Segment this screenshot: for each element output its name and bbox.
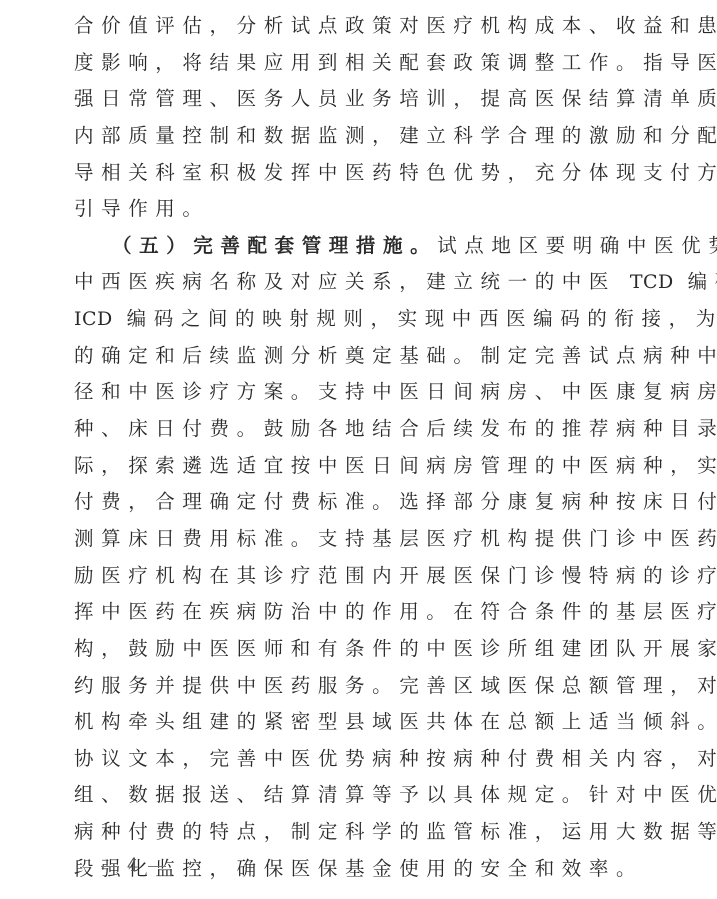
dash-left [101, 866, 119, 867]
paragraph-line: 挥中医药在疾病防治中的作用。在符合条件的基层医疗卫生机 [74, 594, 622, 631]
icd-code-term: ICD [74, 308, 113, 330]
paragraph-line: 导相关科室积极发挥中医药特色优势，充分体现支付方式改革的 [74, 155, 622, 192]
paragraph-line: 际，探索遴选适宜按中医日间病房管理的中医病种，实施按病种 [74, 448, 622, 485]
text-span: 编码和西医 [688, 270, 717, 293]
section-text: 试点地区要明确中医优势病种的 [437, 234, 717, 257]
paragraph-line: 励医疗机构在其诊疗范围内开展医保门诊慢特病的诊疗，充分发 [74, 558, 622, 595]
dash-right [148, 866, 166, 867]
tcd-code-term: TCD [630, 271, 674, 293]
paragraph-line: 的确定和后续监测分析奠定基础。制定完善试点病种中医临床路 [74, 338, 622, 375]
page-number-value: 4 [127, 855, 140, 876]
paragraph-line: 中西医疾病名称及对应关系，建立统一的中医 TCD 编码和西医 [74, 264, 622, 301]
paragraph-line: 强日常管理、医务人员业务培训，提高医保结算清单质量，强化 [74, 81, 622, 118]
text-span: 编码之间的映射规则，实现中西医编码的衔接，为支付标准 [127, 307, 717, 330]
paragraph-line: 付费，合理确定付费标准。选择部分康复病种按床日付费，合理 [74, 484, 622, 521]
text-span: 中西医疾病名称及对应关系，建立统一的中医 [74, 270, 616, 293]
paragraph-line: 组、数据报送、结算清算等予以具体规定。针对中医优势病种按 [74, 777, 622, 814]
paragraph-line: ICD 编码之间的映射规则，实现中西医编码的衔接，为支付标准 [74, 301, 622, 338]
paragraph-line: 约服务并提供中医药服务。完善区域医保总额管理，对中医医疗 [74, 668, 622, 705]
paragraph-line: 引导作用。 [74, 191, 622, 228]
paragraph-line: 度影响，将结果应用到相关配套政策调整工作。指导医疗机构加 [74, 45, 622, 82]
section-heading-line: （五）完善配套管理措施。试点地区要明确中医优势病种的 [74, 228, 622, 265]
section-heading: （五）完善配套管理措施。 [112, 234, 437, 257]
paragraph-line: 合价值评估，分析试点政策对医疗机构成本、收益和患者获益程 [74, 8, 622, 45]
document-page: 合价值评估，分析试点政策对医疗机构成本、收益和患者获益程 度影响，将结果应用到相… [74, 8, 634, 887]
page-number: 4 [93, 855, 174, 876]
paragraph-line: 构，鼓励中医医师和有条件的中医诊所组建团队开展家庭医生签 [74, 631, 622, 668]
paragraph-line: 径和中医诊疗方案。支持中医日间病房、中医康复病房等按病 [74, 374, 622, 411]
paragraph-line: 机构牵头组建的紧密型县域医共体在总额上适当倾斜。规范本地 [74, 704, 622, 741]
paragraph-line: 病种付费的特点，制定科学的监管标准，运用大数据等信息化手 [74, 814, 622, 851]
paragraph-line: 内部质量控制和数据监测，建立科学合理的激励和分配机制，引 [74, 118, 622, 155]
paragraph-line: 测算床日费用标准。支持基层医疗机构提供门诊中医药服务。鼓 [74, 521, 622, 558]
paragraph-line: 种、床日付费。鼓励各地结合后续发布的推荐病种目录和本地实 [74, 411, 622, 448]
paragraph-line: 协议文本，完善中医优势病种按病种付费相关内容，对总额、分 [74, 741, 622, 778]
